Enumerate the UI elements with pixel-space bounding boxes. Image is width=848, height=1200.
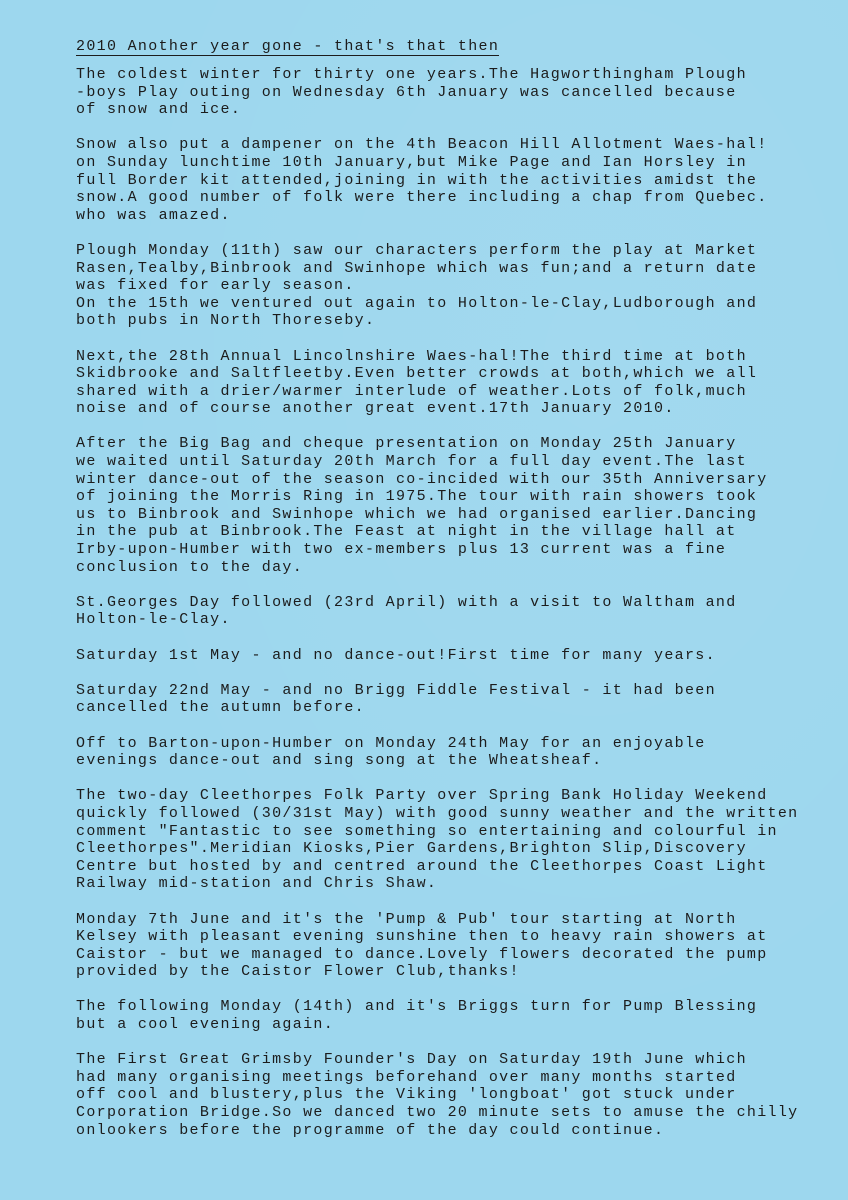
paragraph: Saturday 22nd May - and no Brigg Fiddle … [76, 682, 836, 717]
paragraph: The following Monday (14th) and it's Bri… [76, 998, 836, 1033]
paragraph: The two-day Cleethorpes Folk Party over … [76, 787, 836, 893]
paragraph: On the 15th we ventured out again to Hol… [76, 295, 836, 330]
paragraph: Off to Barton-upon-Humber on Monday 24th… [76, 735, 836, 770]
paragraph: Monday 7th June and it's the 'Pump & Pub… [76, 911, 836, 981]
paragraph: Snow also put a dampener on the 4th Beac… [76, 136, 836, 224]
paragraph: The First Great Grimsby Founder's Day on… [76, 1051, 836, 1139]
paragraph: St.Georges Day followed (23rd April) wit… [76, 594, 836, 629]
paragraph: Plough Monday (11th) saw our characters … [76, 242, 836, 295]
paragraph: Next,the 28th Annual Lincolnshire Waes-h… [76, 348, 836, 418]
document-body: The coldest winter for thirty one years.… [76, 66, 836, 1139]
paragraph: After the Big Bag and cheque presentatio… [76, 435, 836, 576]
document-title: 2010 Another year gone - that's that the… [76, 38, 499, 56]
paragraph: The coldest winter for thirty one years.… [76, 66, 836, 119]
document-page: 2010 Another year gone - that's that the… [76, 38, 836, 1157]
paragraph: Saturday 1st May - and no dance-out!Firs… [76, 647, 836, 665]
